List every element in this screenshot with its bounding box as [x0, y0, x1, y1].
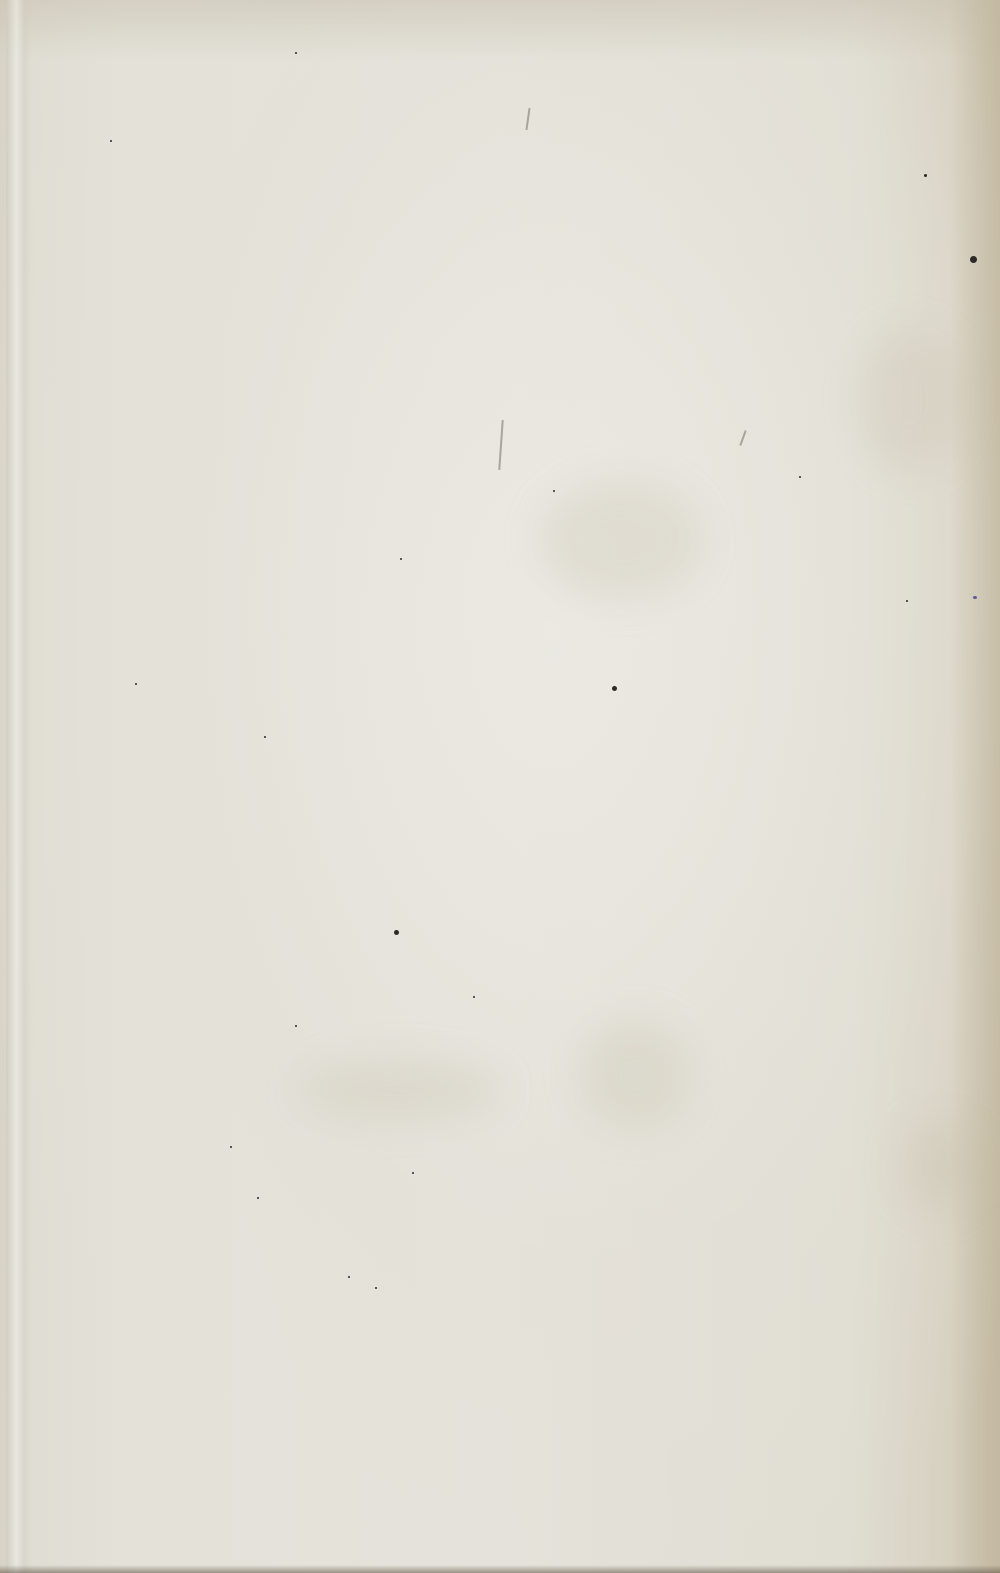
ink-speck [924, 174, 927, 177]
ink-speck [375, 1287, 377, 1289]
ink-speck [110, 140, 112, 142]
ink-speck [412, 1172, 414, 1174]
paper-scratch [498, 420, 503, 470]
ink-speck [257, 1197, 259, 1199]
top-edge-shading [0, 0, 1000, 60]
ink-speck [264, 736, 266, 738]
binding-crease [6, 0, 32, 1573]
foxing-stain [540, 480, 700, 600]
blank-paper-page [0, 0, 1000, 1573]
ink-speck [295, 52, 297, 54]
foxing-stain [900, 1120, 980, 1210]
foxing-stain [860, 330, 960, 470]
ink-speck [973, 596, 977, 599]
ink-speck [230, 1146, 232, 1148]
ink-speck [394, 930, 399, 935]
ink-speck [799, 476, 801, 478]
ink-speck [612, 686, 617, 691]
ink-speck [970, 256, 977, 263]
ink-speck [348, 1276, 350, 1278]
ink-speck [906, 600, 908, 602]
ink-speck [553, 490, 555, 492]
bottom-edge-shadow [0, 1565, 1000, 1573]
foxing-stain [580, 1020, 690, 1130]
foxing-stain [300, 1060, 500, 1120]
ink-speck [473, 996, 475, 998]
paper-scratch [525, 108, 530, 130]
ink-speck [295, 1025, 297, 1027]
ink-speck [400, 558, 402, 560]
ink-speck [135, 683, 137, 685]
paper-scratch [739, 430, 746, 446]
right-edge-discoloration [950, 0, 1000, 1573]
